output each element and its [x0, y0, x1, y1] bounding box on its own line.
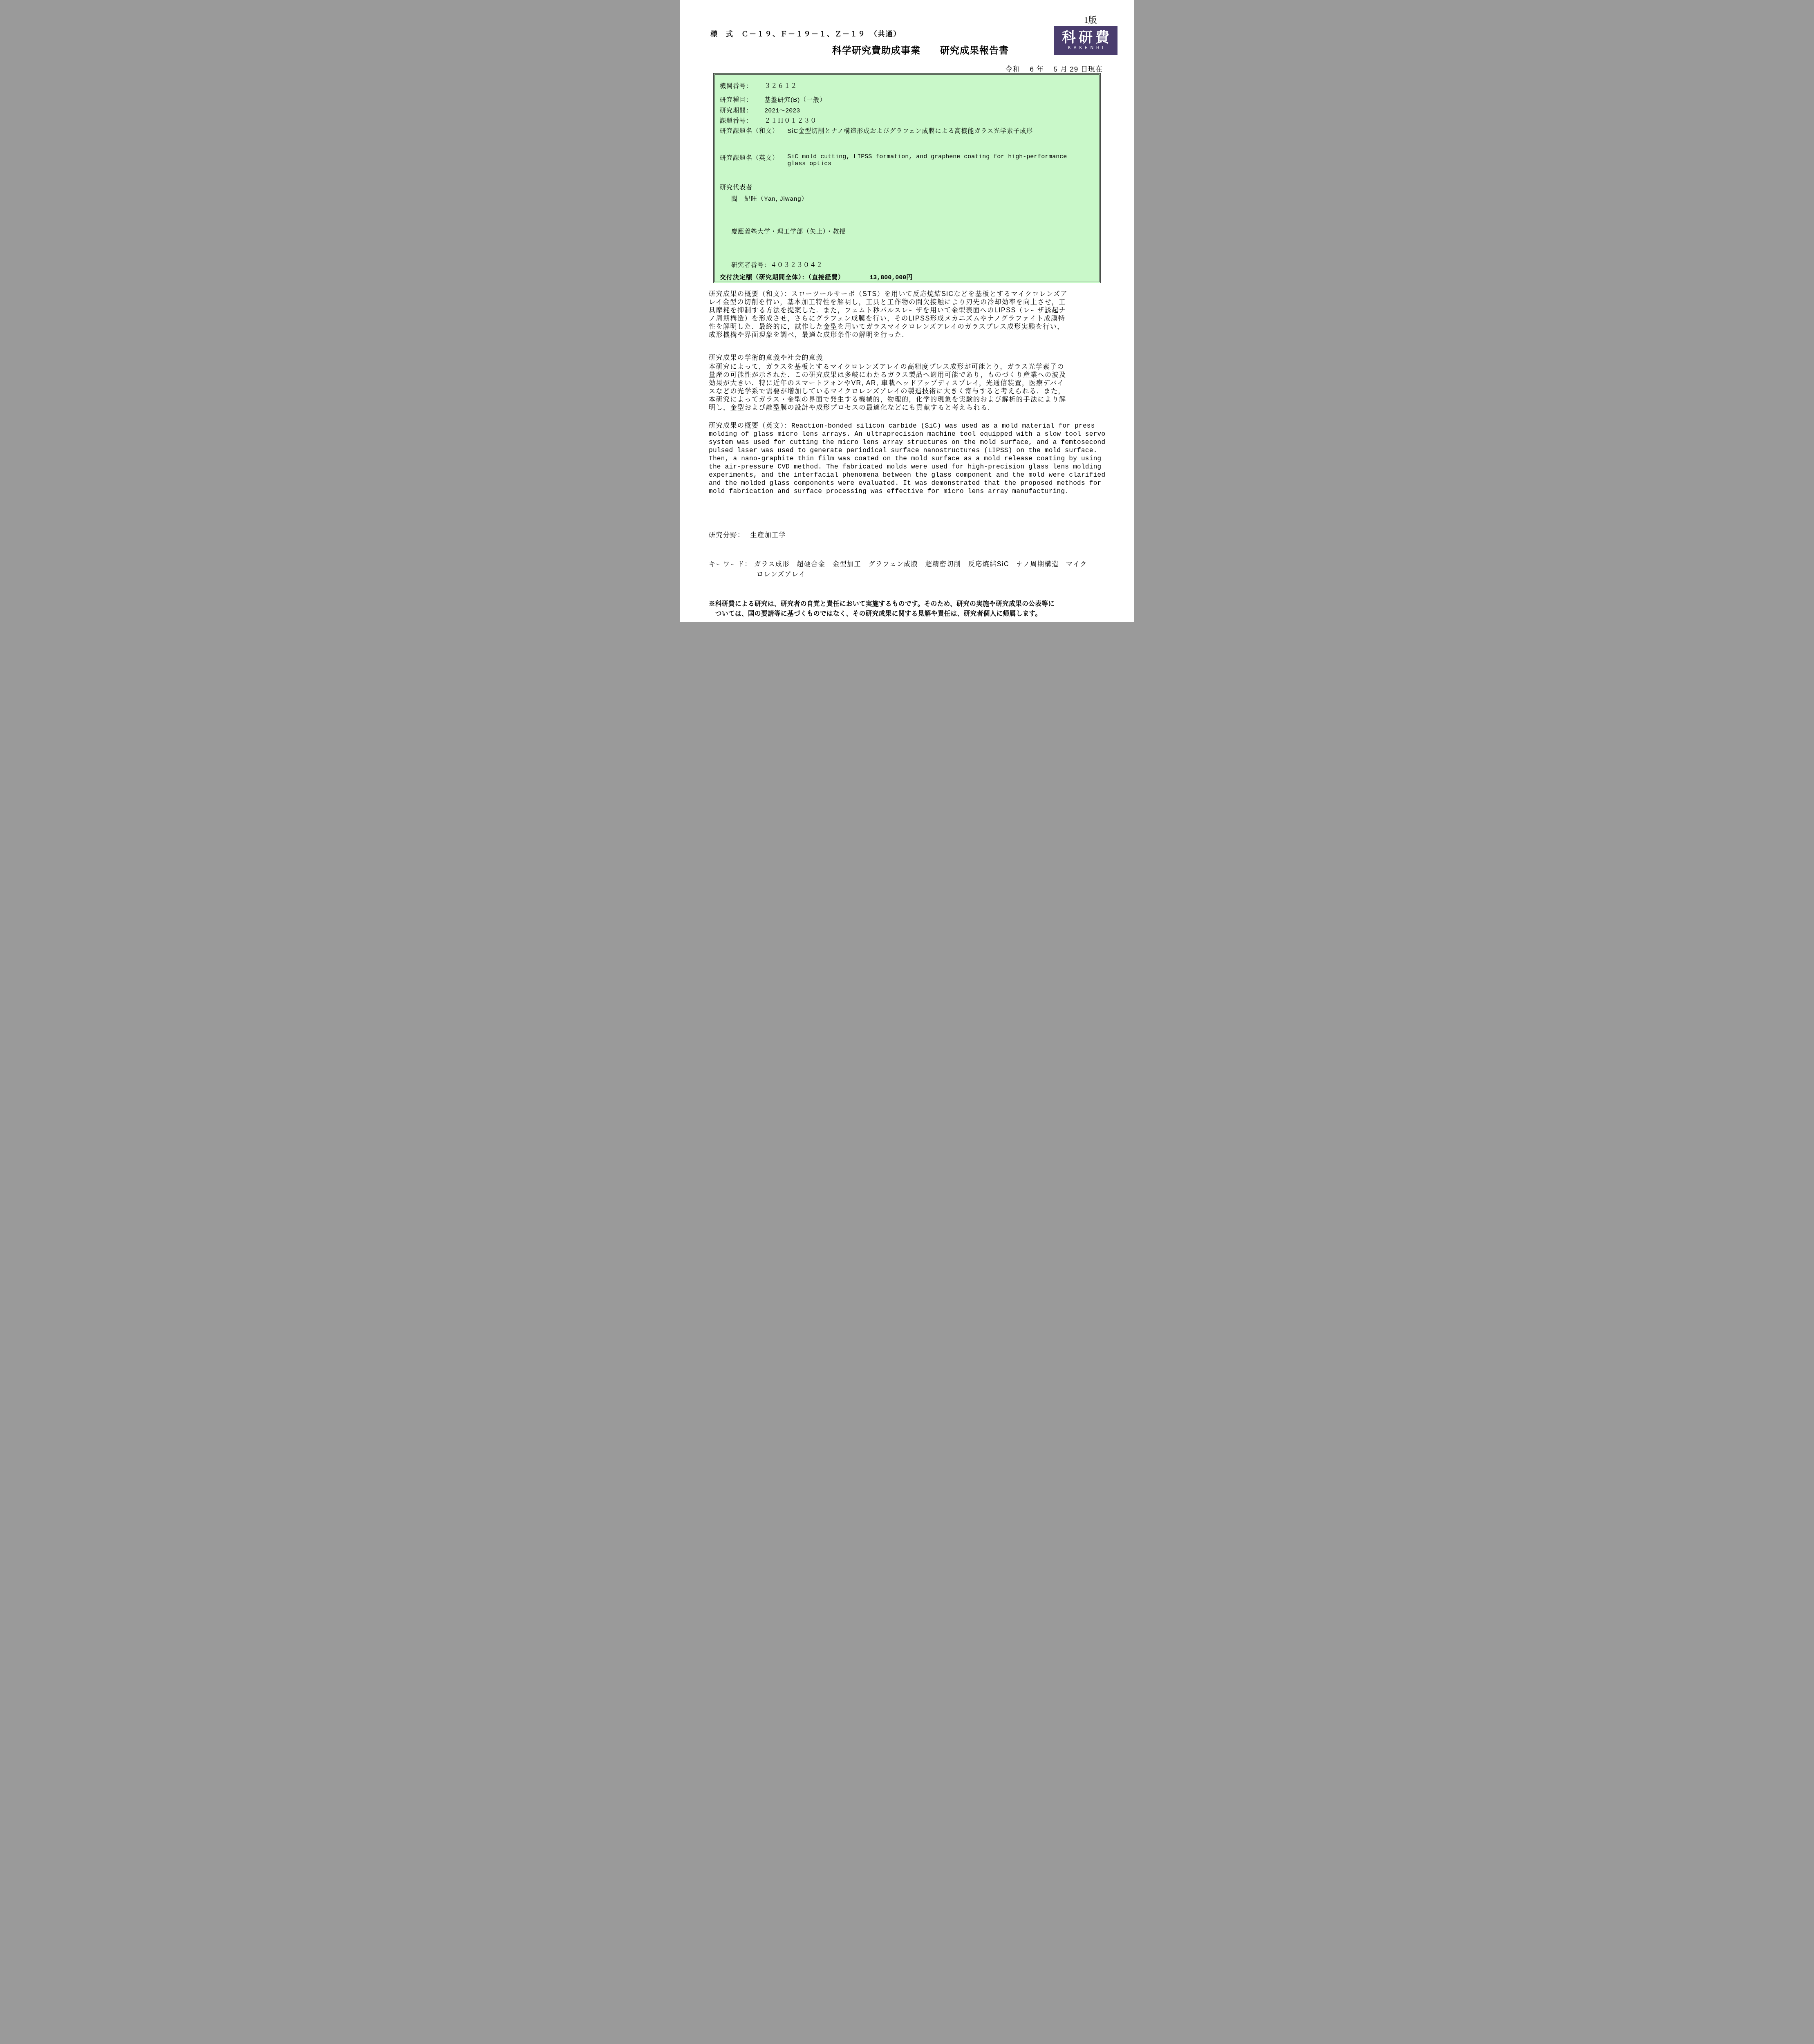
research-period-row: 研究期間： 2021～2023 [720, 106, 800, 114]
edition-label: 1版 [1084, 13, 1097, 26]
keywords-line2: ロレンズアレイ [709, 569, 1087, 580]
kakenhi-logo-kanji: 科研費 [1062, 31, 1112, 45]
project-title-ja-value: SiC金型切削とナノ構造形成およびグラフェン成膜による高機能ガラス光学素子成形 [787, 128, 1033, 134]
significance-line: 本研究によって，ガラスを基板とするマイクロレンズアレイの高精度プレス成形が可能と… [709, 363, 1114, 371]
grant-amount-value: 13,800,000円 [869, 274, 912, 281]
summary-ja-line: 成形機構や界面現象を調べ，最適な成形条件の解明を行った． [709, 331, 1114, 339]
summary-en-line: and the molded glass components were eva… [709, 479, 1114, 487]
summary-en-line: molding of glass micro lens arrays. An u… [709, 430, 1114, 438]
significance-line: 明し，金型および離型膜の設計や成形プロセスの最適化などにも貢献すると考えられる． [709, 404, 1114, 412]
research-field-label: 研究分野： [709, 532, 745, 539]
keywords-line1: キーワード：ガラス成形 超硬合金 金型加工 グラフェン成膜 超精密切削 反応焼結… [709, 559, 1087, 569]
summary-ja-line: 研究成果の概要（和文）：スローツールサーボ（STS）を用いて反応焼結SiCなどを… [709, 290, 1114, 298]
page-title: 科学研究費助成事業 研究成果報告書 [832, 43, 1009, 56]
grant-amount-row: 交付決定額（研究期間全体）：（直接経費） 13,800,000円 [720, 273, 912, 281]
significance-header: 研究成果の学術的意義や社会的意義 [709, 354, 1114, 362]
summary-en-label: 研究成果の概要（英文）： [709, 422, 791, 429]
research-category-row: 研究種目： 基盤研究(B)（一般） [720, 95, 826, 104]
kakenhi-logo-roman: KAKENHI [1068, 46, 1106, 50]
significance-line: 効果が大きい．特に近年のスマートフォンやVR, AR, 車載ヘッドアップディスプ… [709, 379, 1114, 388]
principal-investigator-name: 閻 紀旺（Yan, Jiwang） [720, 194, 808, 203]
research-category-label: 研究種目： [720, 95, 762, 104]
institution-number-label: 機関番号： [720, 81, 762, 90]
significance-line: 量産の可能性が示された．この研究成果は多岐にわたるガラス製品へ適用可能であり，も… [709, 371, 1114, 379]
summary-ja-line: ノ周期構造）を形成させ，さらにグラフェン成膜を行い，そのLIPSS形成メカニズム… [709, 315, 1114, 323]
summary-ja-line: 性を解明した．最終的に，試作した金型を用いてガラスマイクロレンズアレイのガラスプ… [709, 323, 1114, 331]
research-field-row: 研究分野： 生産加工学 [709, 530, 786, 539]
summary-en-line: 研究成果の概要（英文）：Reaction-bonded silicon carb… [709, 422, 1114, 430]
kakenhi-logo: 科研費 KAKENHI [1054, 26, 1118, 55]
research-category-value: 基盤研究(B)（一般） [764, 96, 826, 103]
research-period-value: 2021～2023 [764, 108, 800, 114]
footnote-line1: ※科研費による研究は、研究者の自覚と責任において実施するものです。そのため、研究… [709, 599, 1118, 609]
research-period-label: 研究期間： [720, 106, 762, 114]
significance-section: 研究成果の学術的意義や社会的意義 本研究によって，ガラスを基板とするマイクロレン… [709, 354, 1114, 412]
summary-ja-label: 研究成果の概要（和文）： [709, 291, 791, 298]
research-field-value: 生産加工学 [750, 532, 786, 539]
project-title-en-label: 研究課題名（英文） [720, 153, 785, 162]
researcher-number: 研究者番号：４０３２３０４２ [720, 260, 823, 269]
institution-number-row: 機関番号： ３２６１２ [720, 81, 797, 90]
project-info-box: 機関番号： ３２６１２ 研究種目： 基盤研究(B)（一般） 研究期間： 2021… [714, 74, 1100, 282]
summary-en-line: system was used for cutting the micro le… [709, 438, 1114, 446]
keywords-label: キーワード： [709, 561, 752, 568]
summary-ja-line: レイ金型の切削を行い，基本加工特性を解明し，工具と工作物の間欠接触により刃先の冷… [709, 298, 1114, 307]
summary-en-line: mold fabrication and surface processing … [709, 487, 1114, 495]
project-title-ja-label: 研究課題名（和文） [720, 126, 785, 135]
keywords-row: キーワード：ガラス成形 超硬合金 金型加工 グラフェン成膜 超精密切削 反応焼結… [709, 559, 1087, 580]
summary-en-line: pulsed laser was used to generate period… [709, 446, 1114, 455]
institution-number-value: ３２６１２ [764, 83, 797, 90]
summary-en-line: the air-pressure CVD method. The fabrica… [709, 463, 1114, 471]
summary-ja-section: 研究成果の概要（和文）：スローツールサーボ（STS）を用いて反応焼結SiCなどを… [709, 290, 1114, 339]
project-number-label: 課題番号： [720, 116, 762, 125]
project-title-ja-row: 研究課題名（和文） SiC金型切削とナノ構造形成およびグラフェン成膜による高機能… [720, 126, 1033, 135]
form-code: 様 式 Ｃ－１９、Ｆ－１９－１、Ｚ－１９ （共通） [710, 28, 901, 38]
significance-line: 本研究によってガラス・金型の界面で発生する機械的，物理的，化学的現象を実験的およ… [709, 396, 1114, 404]
project-number-row: 課題番号： ２１Ｈ０１２３０ [720, 116, 817, 125]
report-date: 令和 6 年 5 月 29 日現在 [1006, 63, 1103, 74]
summary-ja-line: 具摩耗を抑制する方法を提案した．また，フェムト秒パルスレーザを用いて金型表面への… [709, 307, 1114, 315]
grant-amount-label: 交付決定額（研究期間全体）：（直接経費） [720, 274, 844, 281]
summary-en-section: 研究成果の概要（英文）：Reaction-bonded silicon carb… [709, 422, 1114, 495]
summary-en-line: Then, a nano-graphite thin film was coat… [709, 455, 1114, 463]
project-title-en-value: SiC mold cutting, LIPSS formation, and g… [787, 153, 1067, 167]
report-page: 1版 様 式 Ｃ－１９、Ｆ－１９－１、Ｚ－１９ （共通） 科学研究費助成事業 研… [680, 0, 1134, 622]
project-number-value: ２１Ｈ０１２３０ [764, 117, 817, 124]
significance-line: スなどの光学系で需要が増加しているマイクロレンズアレイの製造技術に大きく寄与する… [709, 388, 1114, 396]
summary-en-line: experiments, and the interfacial phenome… [709, 471, 1114, 479]
principal-investigator-header: 研究代表者 [720, 183, 752, 191]
footnote-line2: ついては、国の要請等に基づくものではなく、その研究成果に関する見解や責任は、研究… [709, 609, 1118, 619]
principal-investigator-affiliation: 慶應義塾大学・理工学部（矢上）・教授 [720, 227, 846, 235]
footnote: ※科研費による研究は、研究者の自覚と責任において実施するものです。そのため、研究… [709, 599, 1118, 619]
project-title-en-row: 研究課題名（英文） SiC mold cutting, LIPSS format… [720, 153, 1067, 167]
